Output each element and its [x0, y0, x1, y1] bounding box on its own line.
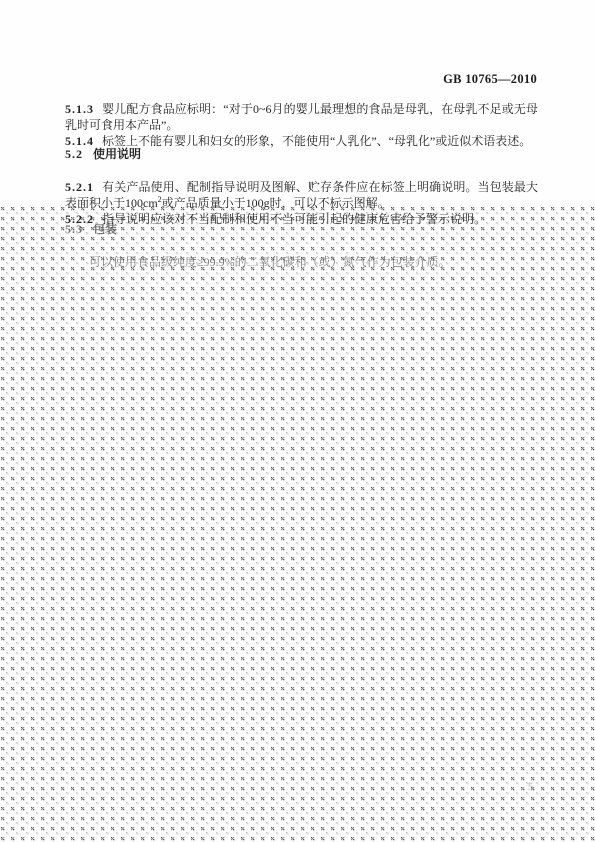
clause-513: 5.1.3婴儿配方食品应标明：“对于0~6月的婴儿最理想的食品是母乳，在母乳不足… [65, 101, 538, 133]
clause-521-number: 5.2.1 [65, 180, 94, 194]
crosshatch-watermark-pattern [0, 206, 595, 842]
clause-522: 5.2.2指导说明应该对不当配制和使用不当可能引起的健康危害给予警示说明。 [65, 211, 538, 227]
clause-514-text: 标签上不能有婴儿和妇女的形象，不能使用“人乳化”、“母乳化”或近似术语表述。 [102, 134, 531, 148]
clause-53-body: 可以使用食品级纯度≥99.9%的二氧化碳和（或）氮气作为包装介质。 [65, 254, 538, 270]
clause-521-text-b: 或产品质量小于100g时，可以不标示图解。 [162, 196, 390, 210]
clause-521: 5.2.1有关产品使用、配制指导说明及图解、贮存条件应在标签上明确说明。当包装最… [65, 179, 538, 211]
standard-number-header: GB 10765—2010 [443, 72, 537, 87]
clause-522-text: 指导说明应该对不当配制和使用不当可能引起的健康危害给予警示说明。 [102, 212, 486, 226]
document-page: GB 10765—2010 5.1.3婴儿配方食品应标明：“对于0~6月的婴儿最… [0, 0, 595, 842]
crosshatch-pattern-svg [0, 206, 595, 842]
page-number: 5 [528, 781, 534, 793]
clause-53-text: 可以使用食品级纯度≥99.9%的二氧化碳和（或）氮气作为包装介质。 [89, 255, 451, 269]
clause-522-number: 5.2.2 [65, 212, 94, 226]
section-52-title: 使用说明 [93, 147, 141, 161]
section-52-number: 5.2 [65, 147, 83, 161]
clause-513-text: 婴儿配方食品应标明：“对于0~6月的婴儿最理想的食品是母乳，在母乳不足或无母乳时… [65, 102, 538, 132]
clause-513-number: 5.1.3 [65, 102, 94, 116]
section-52-heading: 5.2使用说明 [65, 145, 141, 162]
